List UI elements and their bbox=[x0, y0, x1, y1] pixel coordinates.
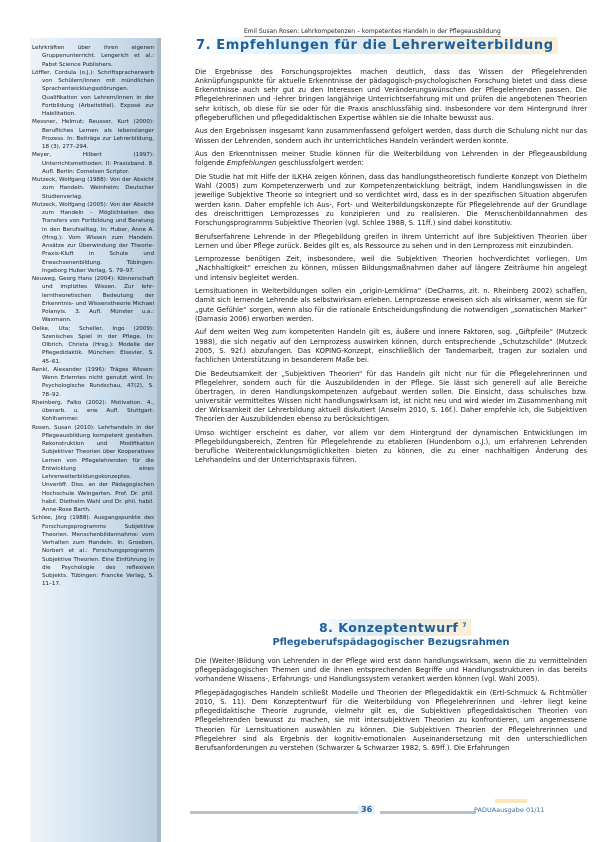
reference-item: Neuweg, Georg Hans (2004): Könnerschaft … bbox=[32, 275, 154, 325]
section-7-heading: 7. Empfehlungen für die Lehrerweiterbild… bbox=[192, 38, 592, 53]
paragraph: Berufserfahrene Lehrende in der Pflegebi… bbox=[195, 233, 587, 251]
reference-item: Lehrkräften über ihren eigenen Gruppenun… bbox=[32, 44, 154, 69]
section-8-heading: 8. Konzeptentwurf7 bbox=[195, 620, 587, 635]
paragraph: Die Bedeutsamkeit der „Subjektiven Theor… bbox=[195, 370, 587, 425]
footer-accent bbox=[495, 799, 527, 803]
section-8-subheading: Pflegeberufspädagogischer Bezugsrahmen bbox=[195, 637, 587, 648]
paragraph: Die Studie hat mit Hilfe der ILKHA zeige… bbox=[195, 173, 587, 228]
running-header: Emil Susan Rosen: Lehrkompetenzen – komp… bbox=[244, 28, 501, 37]
reference-item: Rosen, Susan (2010): Lehrhandeln in der … bbox=[32, 424, 154, 515]
paragraph: Aus den Ergebnissen insgesamt kann zusam… bbox=[195, 127, 587, 145]
reference-item: Schlee, Jörg (1988): Ausgangspunkte des … bbox=[32, 514, 154, 588]
magazine-issue: PADUAausgabe 01/11 bbox=[474, 806, 545, 814]
paragraph: Auf dem weiten Weg zum kompetenten Hande… bbox=[195, 328, 587, 365]
reference-item: Mutzeck, Wolfgang (2005): Von der Absich… bbox=[32, 201, 154, 275]
sidebar-edge bbox=[157, 38, 161, 842]
paragraph: Die (Weiter-)Bildung von Lehrenden in de… bbox=[195, 657, 587, 684]
section-7-body: Die Ergebnisse des Forschungsprojektes m… bbox=[195, 68, 587, 470]
reference-item: Renkl, Alexander (1996): Träges Wissen: … bbox=[32, 366, 154, 399]
reference-item: Messner, Helmut; Reusser, Kurt (2000): B… bbox=[32, 118, 154, 151]
footer-rule-left bbox=[190, 811, 358, 814]
reference-item: Oelke, Uta; Scheller, Ingo (2009): Szeni… bbox=[32, 325, 154, 366]
paragraph: Die Ergebnisse des Forschungsprojektes m… bbox=[195, 68, 587, 123]
reference-item: Mutzeck, Wolfgang (1988): Von der Absich… bbox=[32, 176, 154, 201]
reference-item: Rheinberg, Falko (2002): Motivation. 4.,… bbox=[32, 399, 154, 424]
paragraph: Aus den Erkenntnissen meiner Studie könn… bbox=[195, 150, 587, 168]
reference-item: Meyer, Hilbert (1997): Unterrichtsmethod… bbox=[32, 151, 154, 176]
page-number: 36 bbox=[358, 805, 375, 814]
references-list: Lehrkräften über ihren eigenen Gruppenun… bbox=[32, 44, 154, 589]
footer-rule-right bbox=[380, 811, 476, 814]
paragraph: Pflegepädagogisches Handeln schließt Mod… bbox=[195, 689, 587, 753]
footnote-marker: 7 bbox=[462, 622, 467, 629]
reference-item: Löffler, Cordula (o.J.): Schriftspracher… bbox=[32, 69, 154, 119]
paragraph: Lernprozesse benötigen Zeit, insbesonder… bbox=[195, 255, 587, 282]
paragraph: Umso wichtiger erscheint es daher, vor a… bbox=[195, 429, 587, 466]
paragraph: Lernsituationen in Weiterbildungen solle… bbox=[195, 287, 587, 324]
section-8-body: Die (Weiter-)Bildung von Lehrenden in de… bbox=[195, 657, 587, 758]
